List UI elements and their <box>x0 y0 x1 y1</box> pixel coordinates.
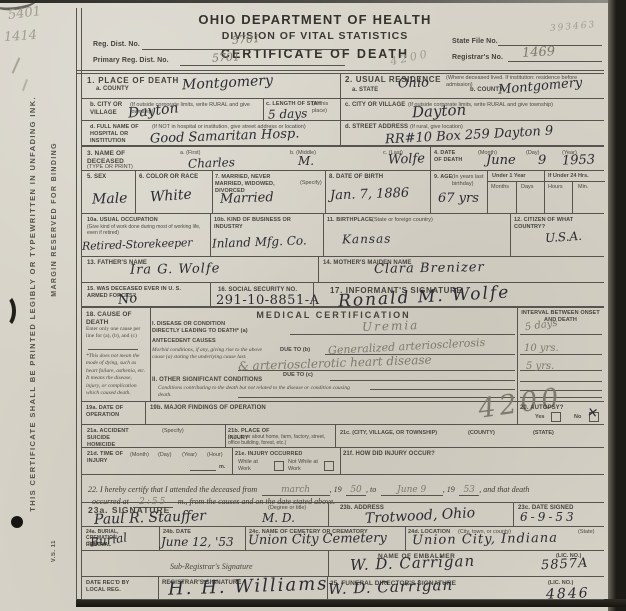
name-label-note: (TYPE OR PRINT) <box>87 164 133 171</box>
age-note: (In years last birthday) <box>452 174 492 187</box>
occupation-label: 10a. USUAL OCCUPATION <box>87 217 158 224</box>
autopsy-yes-label: Yes <box>535 414 544 421</box>
primary-reg-value: 5701 <box>212 51 241 63</box>
date-recd-label: DATE REC'D BY LOCAL REG. <box>86 580 148 594</box>
subcol-divider <box>544 171 545 214</box>
marital-note: (Specify) <box>300 180 322 187</box>
subheader-line <box>488 181 605 182</box>
street-label: d. STREET ADDRESS <box>345 124 408 132</box>
industry-label: 10b. KIND OF BUSINESS OR INDUSTRY <box>214 217 304 231</box>
injury-c-state: (STATE) <box>533 430 554 437</box>
location-value: Union City, Indiana <box>412 532 558 548</box>
autopsy-no-label: No <box>574 414 581 421</box>
hole-punch <box>11 516 23 528</box>
registrar-no-label: Registrar's No. <box>452 54 503 63</box>
disease-label-1: I. DISEASE OR CONDITION <box>152 321 225 328</box>
doc-subtitle: DIVISION OF VITAL STATISTICS <box>150 30 480 42</box>
last-name-value: Wolfe <box>388 152 425 166</box>
disease-line <box>290 334 515 335</box>
death-year-value: 1953 <box>562 153 596 167</box>
other-line <box>370 389 515 390</box>
race-value: White <box>150 188 193 205</box>
birthplace-value: Kansas <box>342 233 392 246</box>
min-label: Min. <box>578 184 588 191</box>
cause-note-divider <box>88 349 138 350</box>
burial-date-value: June 12, '53 <box>161 536 234 548</box>
row-embalmer <box>81 551 604 577</box>
under-24-label: If Under 24 Hrs. <box>548 173 589 180</box>
form-number: V.S. 11 <box>51 540 57 562</box>
injury-e-work-label: While at Work <box>238 459 272 472</box>
disease-value: Uremia <box>362 319 420 333</box>
funeral-director-signature: W. D. Carrigan <box>328 578 454 597</box>
injury-c-label: 21c. (CITY, VILLAGE, OR TOWNSHIP) <box>340 430 437 437</box>
injury-d-m: m. <box>219 464 225 471</box>
physician-degree-value: M. D. <box>262 512 295 524</box>
stay-value: 5 days <box>268 107 308 120</box>
interval-line <box>520 334 602 335</box>
forces-value: No <box>117 292 137 307</box>
death-month-value: June <box>486 154 516 167</box>
father-value: Ira G. Wolfe <box>130 262 221 277</box>
place-city-label: b. CITY OR VILLAGE <box>90 102 128 117</box>
injury-f-label: 21f. HOW DID INJURY OCCUR? <box>343 451 435 459</box>
other-line <box>238 397 515 398</box>
operation-date-label: 19a. DATE OF OPERATION <box>86 405 141 419</box>
subcol-divider <box>516 181 517 214</box>
dob-value: Jan. 7, 1886 <box>330 187 410 203</box>
injury-b-note: (e.g., in or about home, farm, factory, … <box>228 434 328 446</box>
margin-binding-note: MARGIN RESERVED FOR BINDING <box>51 142 58 297</box>
date-signed-value: 6-9-53 <box>520 511 577 523</box>
cemetery-value: Union City Cemetery <box>248 532 387 547</box>
cell-age-subgroups: Under 1 Year If Under 24 Hrs. Months Day… <box>487 171 605 213</box>
scan-edge-bottom <box>76 599 626 607</box>
interval-line <box>520 381 602 382</box>
binder-mark <box>0 294 16 328</box>
cause-note1: Enter only one cause per line for (a), (… <box>86 326 144 340</box>
place-county-label: a. COUNTY <box>96 86 129 94</box>
injury-while-at-work-checkbox[interactable] <box>274 461 284 471</box>
scan-edge-top <box>0 0 626 3</box>
death-day-value: 9 <box>538 154 546 167</box>
injury-e-notwork-label: Not While at Work <box>288 459 322 472</box>
death-date-label: 4. DATE OF DEATH <box>434 150 464 164</box>
form-border <box>76 8 77 600</box>
death-certificate-scan: THIS CERTIFICATE SHALL BE PRINTED LEGIBL… <box>0 0 626 611</box>
registrar-no-value: 1469 <box>522 45 556 60</box>
residence-city-label: c. CITY OR VILLAGE <box>345 102 405 110</box>
registrar-no-line <box>508 61 602 62</box>
residence-state-label: a. STATE <box>352 87 378 95</box>
autopsy-yes-checkbox[interactable] <box>551 412 561 422</box>
ssn-value: 291-10-8851-A <box>216 294 320 307</box>
reg-dist-label: Reg. Dist. No. <box>93 41 140 50</box>
injury-d-day: (Day) <box>158 452 171 459</box>
antecedent-label: ANTECEDENT CAUSES <box>152 338 216 345</box>
sex-label: 5. SEX <box>87 174 106 182</box>
scan-edge-right <box>608 0 626 611</box>
due-b2-interval-value: 5 yrs. <box>526 362 554 372</box>
birthplace-note: (State or foreign country) <box>372 217 433 224</box>
pencil-stroke-2 <box>22 79 28 91</box>
findings-label: 19b. MAJOR FINDINGS OF OPERATION <box>150 405 266 413</box>
injury-c-county: (COUNTY) <box>468 430 495 437</box>
interval-line <box>520 354 602 355</box>
stay-note: (in this place) <box>312 101 342 114</box>
hours-label: Hours <box>548 184 563 191</box>
reg-dist-value: 5701 <box>232 33 261 46</box>
injury-d-hour: (Hour) <box>207 452 223 459</box>
embalmer-lic-value: 5857A <box>541 557 589 572</box>
hospital-label: d. FULL NAME OF HOSPITAL OR INSTITUTION <box>90 124 152 145</box>
primary-reg-dist-label: Primary Reg. Dist. No. <box>93 57 169 66</box>
location-note-state: (State) <box>578 529 595 536</box>
due-c-label: DUE TO (c) <box>283 372 313 379</box>
under-1-year-label: Under 1 Year <box>492 173 526 180</box>
race-label: 6. COLOR OR RACE <box>139 174 198 182</box>
reg-dist-line <box>142 49 345 50</box>
residence-state-value: Ohio <box>398 76 429 90</box>
industry-value: Inland Mfg. Co. <box>212 234 307 249</box>
occupation-note: (Give kind of work done during most of w… <box>87 224 202 236</box>
injury-not-while-at-work-checkbox[interactable] <box>324 461 334 471</box>
injury-a-note: (Specify) <box>162 428 184 435</box>
subregistrar-label: Sub-Registrar's Signature <box>170 562 253 571</box>
margin-ink-rule: THIS CERTIFICATE SHALL BE PRINTED LEGIBL… <box>28 96 37 512</box>
embalmer-signature: W. D. Carrigan <box>350 554 476 573</box>
funeral-lic-value: 4846 <box>546 586 590 602</box>
residence-city-value: Dayton <box>412 103 467 121</box>
months-label: Months <box>491 184 509 191</box>
physician-signature: Paul R. Stauffer <box>94 509 206 527</box>
due-b-interval-value: 10 yrs. <box>524 344 559 354</box>
pencil-annotation: 1414 <box>4 29 38 44</box>
state-file-pencil: 393463 <box>550 21 597 34</box>
injury-d-month: (Month) <box>130 452 149 459</box>
place-title: 1. PLACE OF DEATH <box>87 76 179 86</box>
autopsy-no-mark: ✕ <box>586 406 599 420</box>
dob-label: 8. DATE OF BIRTH <box>329 174 383 182</box>
days-label: Days <box>521 184 534 191</box>
subcol-divider <box>572 181 573 214</box>
due-b-label: DUE TO (b) <box>280 347 310 354</box>
primary-reg-line <box>180 65 345 66</box>
disease-label-2: DIRECTLY LEADING TO DEATH* (a) <box>152 328 248 335</box>
form-border <box>76 70 604 71</box>
injury-hour-line <box>190 470 216 471</box>
pencil-annotation: 5401 <box>7 5 41 22</box>
first-name-value: Charles <box>188 156 235 170</box>
citizen-value: U.S.A. <box>545 230 583 245</box>
doc-title: OHIO DEPARTMENT OF HEALTH <box>150 12 480 27</box>
due-c-line <box>330 380 515 381</box>
middle-name-value: M. <box>298 155 314 167</box>
cause-label: 18. CAUSE OF DEATH <box>86 311 144 327</box>
pencil-stroke-1 <box>12 57 21 73</box>
injury-e-label: 21e. INJURY OCCURRED <box>235 451 302 458</box>
injury-d-year: (Year) <box>182 452 197 459</box>
med-cert-title: MEDICAL CERTIFICATION <box>150 310 517 321</box>
sex-value: Male <box>92 191 128 206</box>
injury-d-label: 21d. TIME OF INJURY <box>87 451 125 465</box>
age-value: 67 yrs <box>438 192 479 205</box>
mother-value: Clara Brenizer <box>374 261 485 276</box>
cause-note2: *This does not mean the mode of dying, s… <box>86 353 146 398</box>
injury-a-label: 21a. ACCIDENT SUICIDE HOMICIDE <box>87 428 132 449</box>
marital-value: Married <box>220 191 274 206</box>
state-file-label: State File No. <box>452 38 498 47</box>
forces-label: 15. WAS DECEASED EVER IN U. S. ARMED FOR… <box>87 286 197 300</box>
other-conditions-label: II. OTHER SIGNIFICANT CONDITIONS <box>152 377 262 385</box>
birthplace-label: 11. BIRTHPLACE <box>327 217 373 224</box>
